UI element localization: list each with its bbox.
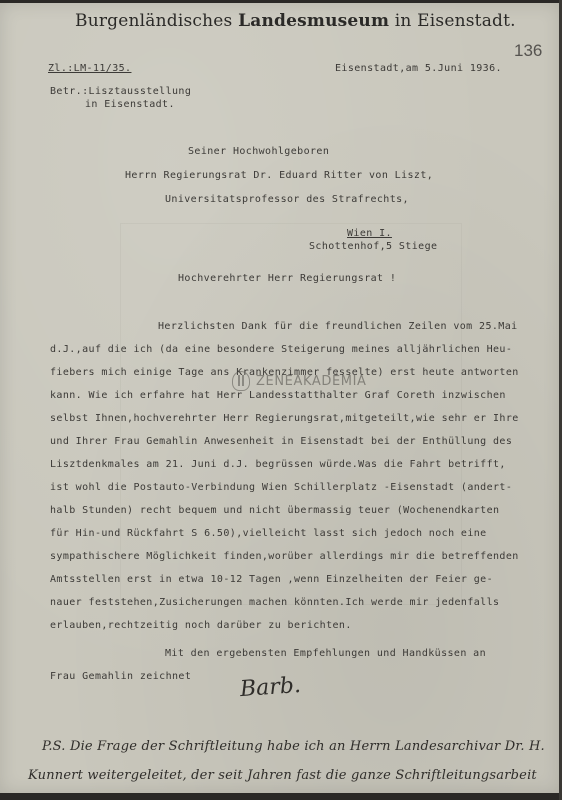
body-line: erlauben,rechtzeitig noch darüber zu ber… [50, 620, 352, 631]
place-date: Eisenstadt,am 5.Juni 1936. [335, 63, 502, 74]
page-number: 136 [514, 41, 542, 61]
postscript-line-1: P.S. Die Frage der Schriftleitung habe i… [42, 739, 545, 754]
body-line: sympathischere Möglichkeit finden,worübe… [50, 551, 519, 562]
addressee-line-1: Seiner Hochwohlgeboren [188, 146, 329, 157]
closing-line-2: Frau Gemahlin zeichnet [50, 671, 191, 682]
body-line: nauer feststehen,Zusicherungen machen kö… [50, 597, 499, 608]
body-line: für Hin-und Rückfahrt S 6.50),vielleicht… [50, 528, 487, 539]
letterhead: Burgenländisches Landesmuseum in Eisenst… [75, 11, 516, 31]
signature: Barb. [239, 673, 301, 702]
body-line: ist wohl die Postauto-Verbindung Wien Sc… [50, 482, 512, 493]
body-line: kann. Wie ich erfahre hat Herr Landessta… [50, 390, 506, 401]
closing-line-1: Mit den ergebensten Empfehlungen und Han… [165, 648, 486, 659]
document-page: Burgenländisches Landesmuseum in Eisenst… [0, 3, 560, 793]
body-line: Lisztdenkmales am 21. Juni d.J. begrüsse… [50, 459, 506, 470]
letterhead-prefix: Burgenländisches [75, 11, 238, 31]
letterhead-suffix: in Eisenstadt. [389, 11, 516, 31]
addressee-street: Schottenhof,5 Stiege [309, 241, 437, 252]
body-line: und Ihrer Frau Gemahlin Anwesenheit in E… [50, 436, 512, 447]
salutation: Hochverehrter Herr Regierungsrat ! [178, 273, 396, 284]
postscript-line-2: Kunnert weitergeleitet, der seit Jahren … [28, 768, 537, 783]
addressee-line-3: Universitatsprofessor des Strafrechts, [165, 194, 409, 205]
body-line: Amtsstellen erst in etwa 10-12 Tagen ,we… [50, 574, 493, 585]
body-line: selbst Ihnen,hochverehrter Herr Regierun… [50, 413, 519, 424]
body-line: halb Stunden) recht bequem und nicht übe… [50, 505, 499, 516]
watermark-text: ZENEAKADÉMIA [256, 374, 367, 389]
watermark: ZENEAKADÉMIA [232, 371, 367, 391]
body-line: d.J.,auf die ich (da eine besondere Stei… [50, 344, 512, 355]
subject-line-1: Betr.:Lisztausstellung [50, 86, 191, 97]
academy-logo-icon [232, 371, 250, 391]
addressee-city: Wien I. [347, 228, 392, 239]
body-line: Herzlichsten Dank für die freundlichen Z… [158, 321, 518, 332]
letterhead-institution: Landesmuseum [238, 11, 389, 31]
subject-line-2: in Eisenstadt. [85, 99, 175, 110]
addressee-line-2: Herrn Regierungsrat Dr. Eduard Ritter vo… [125, 170, 433, 181]
reference-number: Zl.:LM-11/35. [48, 63, 131, 74]
